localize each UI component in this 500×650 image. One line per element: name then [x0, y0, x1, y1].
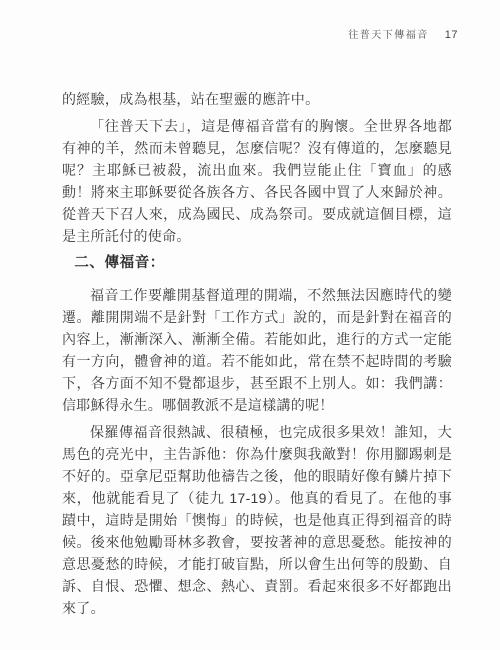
running-header: 往普天下傳福音 17	[348, 26, 458, 41]
paragraph-paul-example: 保羅傳福音很熱誠、很積極，也完成很多果效！誰知，大馬色的亮光中，主告訴他：你為什…	[62, 421, 452, 619]
page-body: 的經驗，成為根基，站在聖靈的應許中。 「往普天下去」，這是傳福音當有的胸懷。全世…	[62, 88, 452, 624]
paragraph-continuation: 的經驗，成為根基，站在聖靈的應許中。	[62, 88, 452, 110]
book-page: 往普天下傳福音 17 的經驗，成為根基，站在聖靈的應許中。 「往普天下去」，這是…	[0, 0, 500, 650]
running-header-title: 往普天下傳福音	[348, 26, 429, 41]
page-number: 17	[445, 29, 458, 41]
paragraph-gospel-depth: 福音工作要離開基督道理的開端，不然無法因應時代的變遷。離開開端不是針對「工作方式…	[62, 284, 452, 416]
paragraph-mission: 「往普天下去」，這是傳福音當有的胸懷。全世界各地都有神的羊，然而未曾聽見，怎麼信…	[62, 115, 452, 247]
section-heading: 二、傳福音：	[62, 252, 452, 274]
